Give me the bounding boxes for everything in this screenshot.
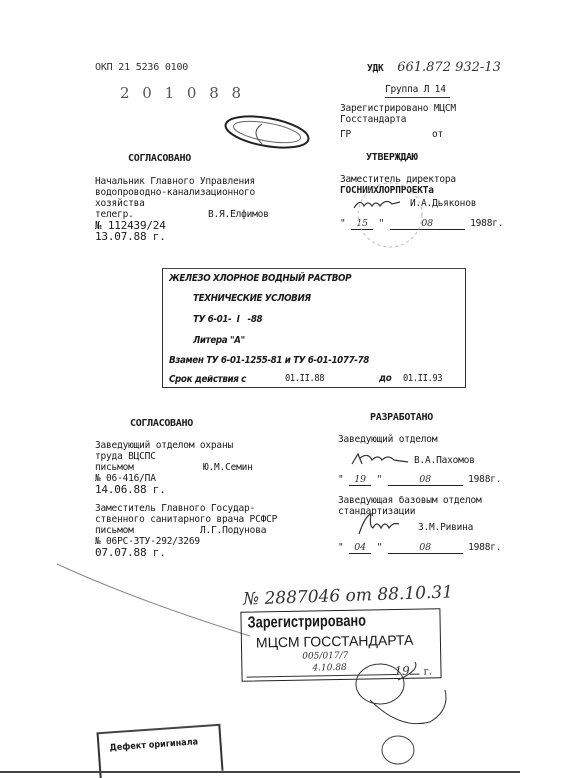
registered-mcsm: Зарегистрировано МЦСМ Госстандарта (340, 103, 456, 125)
stamp-gosstandart: МЦСМ ГОССТАНДАРТА (256, 632, 414, 651)
agreed-heading-bottom: СОГЛАСОВАНО (130, 418, 193, 429)
approved-year: 1988г. (470, 218, 503, 229)
validity-label: Срок действия с (169, 374, 246, 385)
bottom-border-line (0, 771, 520, 773)
signature-loop-icon (340, 660, 460, 770)
valid-to: 01.II.93 (403, 373, 442, 384)
agreed-line: хозяйства (95, 198, 255, 209)
developed-date-2: " 04 " 08 1988г. (338, 542, 501, 554)
group-code: Группа Л 14 (385, 84, 450, 98)
agreed-line: 07.07.88 г. (95, 547, 277, 558)
developed-date-1: " 19 " 08 1988г. (338, 474, 501, 486)
developed-month-2: 08 (388, 542, 463, 554)
faint-round-seal-icon (355, 170, 425, 260)
developed-day-2: 04 (349, 542, 371, 554)
gr-label: ГР (340, 129, 351, 140)
signer-elfimov: В.Я.Елфимов (208, 209, 269, 220)
agreed-line: Заведующий отделом охраны (95, 440, 233, 451)
to-label: до (379, 373, 391, 384)
handwritten-date: 2 0 1 0 8 8 (120, 84, 245, 102)
okp-code: ОКП 21 5236 0100 (95, 62, 188, 73)
signer-pakhomov: В.А.Пахомов (414, 455, 475, 466)
developed-year-1: 1988г. (468, 474, 501, 485)
title-box: ЖЕЛЕЗО ХЛОРНОЕ ВОДНЫЙ РАСТВОР ТЕХНИЧЕСКИ… (162, 268, 466, 388)
replaces: Взамен ТУ 6-01-1255-81 и ТУ 6-01-1077-78 (169, 355, 369, 366)
agreed-line: Заместитель Главного Государ- (95, 503, 277, 514)
signer-podunova: Л.Г.Подунова (200, 525, 266, 536)
registered-line: Госстандарта (340, 114, 456, 125)
developed-day-1: 19 (349, 474, 371, 486)
signer-rivina: З.М.Ривина (418, 522, 473, 533)
agreed-line: водопроводно-канализационного (95, 187, 255, 198)
developed-line: Заведующая базовым отделом (338, 495, 482, 506)
litera: Литера "А" (193, 335, 245, 346)
udk-label: УДК (367, 63, 384, 74)
agreed-line: ственного санитарного врача РСФСР (95, 514, 277, 525)
agreed-heading-top: СОГЛАСОВАНО (128, 153, 191, 164)
agreed-line: Начальник Главного Управления (95, 176, 255, 187)
signature-rivina-icon (355, 512, 400, 536)
developed-heading: РАЗРАБОТАНО (370, 412, 433, 423)
stamp-registered: Зарегистрировано (247, 613, 366, 633)
agreed-line: 14.06.88 г. (95, 484, 233, 495)
tu-number: ТУ 6-01- I -88 (193, 314, 262, 325)
developed-month-1: 08 (388, 474, 463, 486)
valid-from: 01.II.88 (285, 373, 324, 384)
agreed-line: 13.07.88 г. (95, 231, 255, 242)
signature-pakhomov-icon (350, 450, 410, 468)
doc-type: ТЕХНИЧЕСКИЕ УСЛОВИЯ (193, 293, 311, 304)
agreed-line: труда ВЦСПС (95, 451, 233, 462)
udk-value: 661.872 932-13 (397, 60, 501, 75)
developed-year-2: 1988г. (468, 542, 501, 553)
ot-label: от (432, 129, 443, 140)
registered-line: Зарегистрировано МЦСМ (340, 103, 456, 114)
defect-label: Дефект оригинала (109, 737, 198, 753)
product-name: ЖЕЛЕЗО ХЛОРНОЕ ВОДНЫЙ РАСТВОР (169, 273, 351, 284)
udk-line: УДК 661.872 932-13 (367, 56, 501, 75)
scan-artifact-line (55, 560, 255, 640)
signer-semin: Ю.М.Семин (203, 462, 253, 473)
approved-heading: УТВЕРЖДАЮ (366, 152, 418, 163)
registration-number: № 2887046 от 88.10.31 (243, 582, 454, 609)
developed-line: Заведующий отделом (338, 434, 437, 445)
round-seal-icon (222, 110, 312, 155)
defect-stamp: Дефект оригинала (97, 724, 224, 778)
